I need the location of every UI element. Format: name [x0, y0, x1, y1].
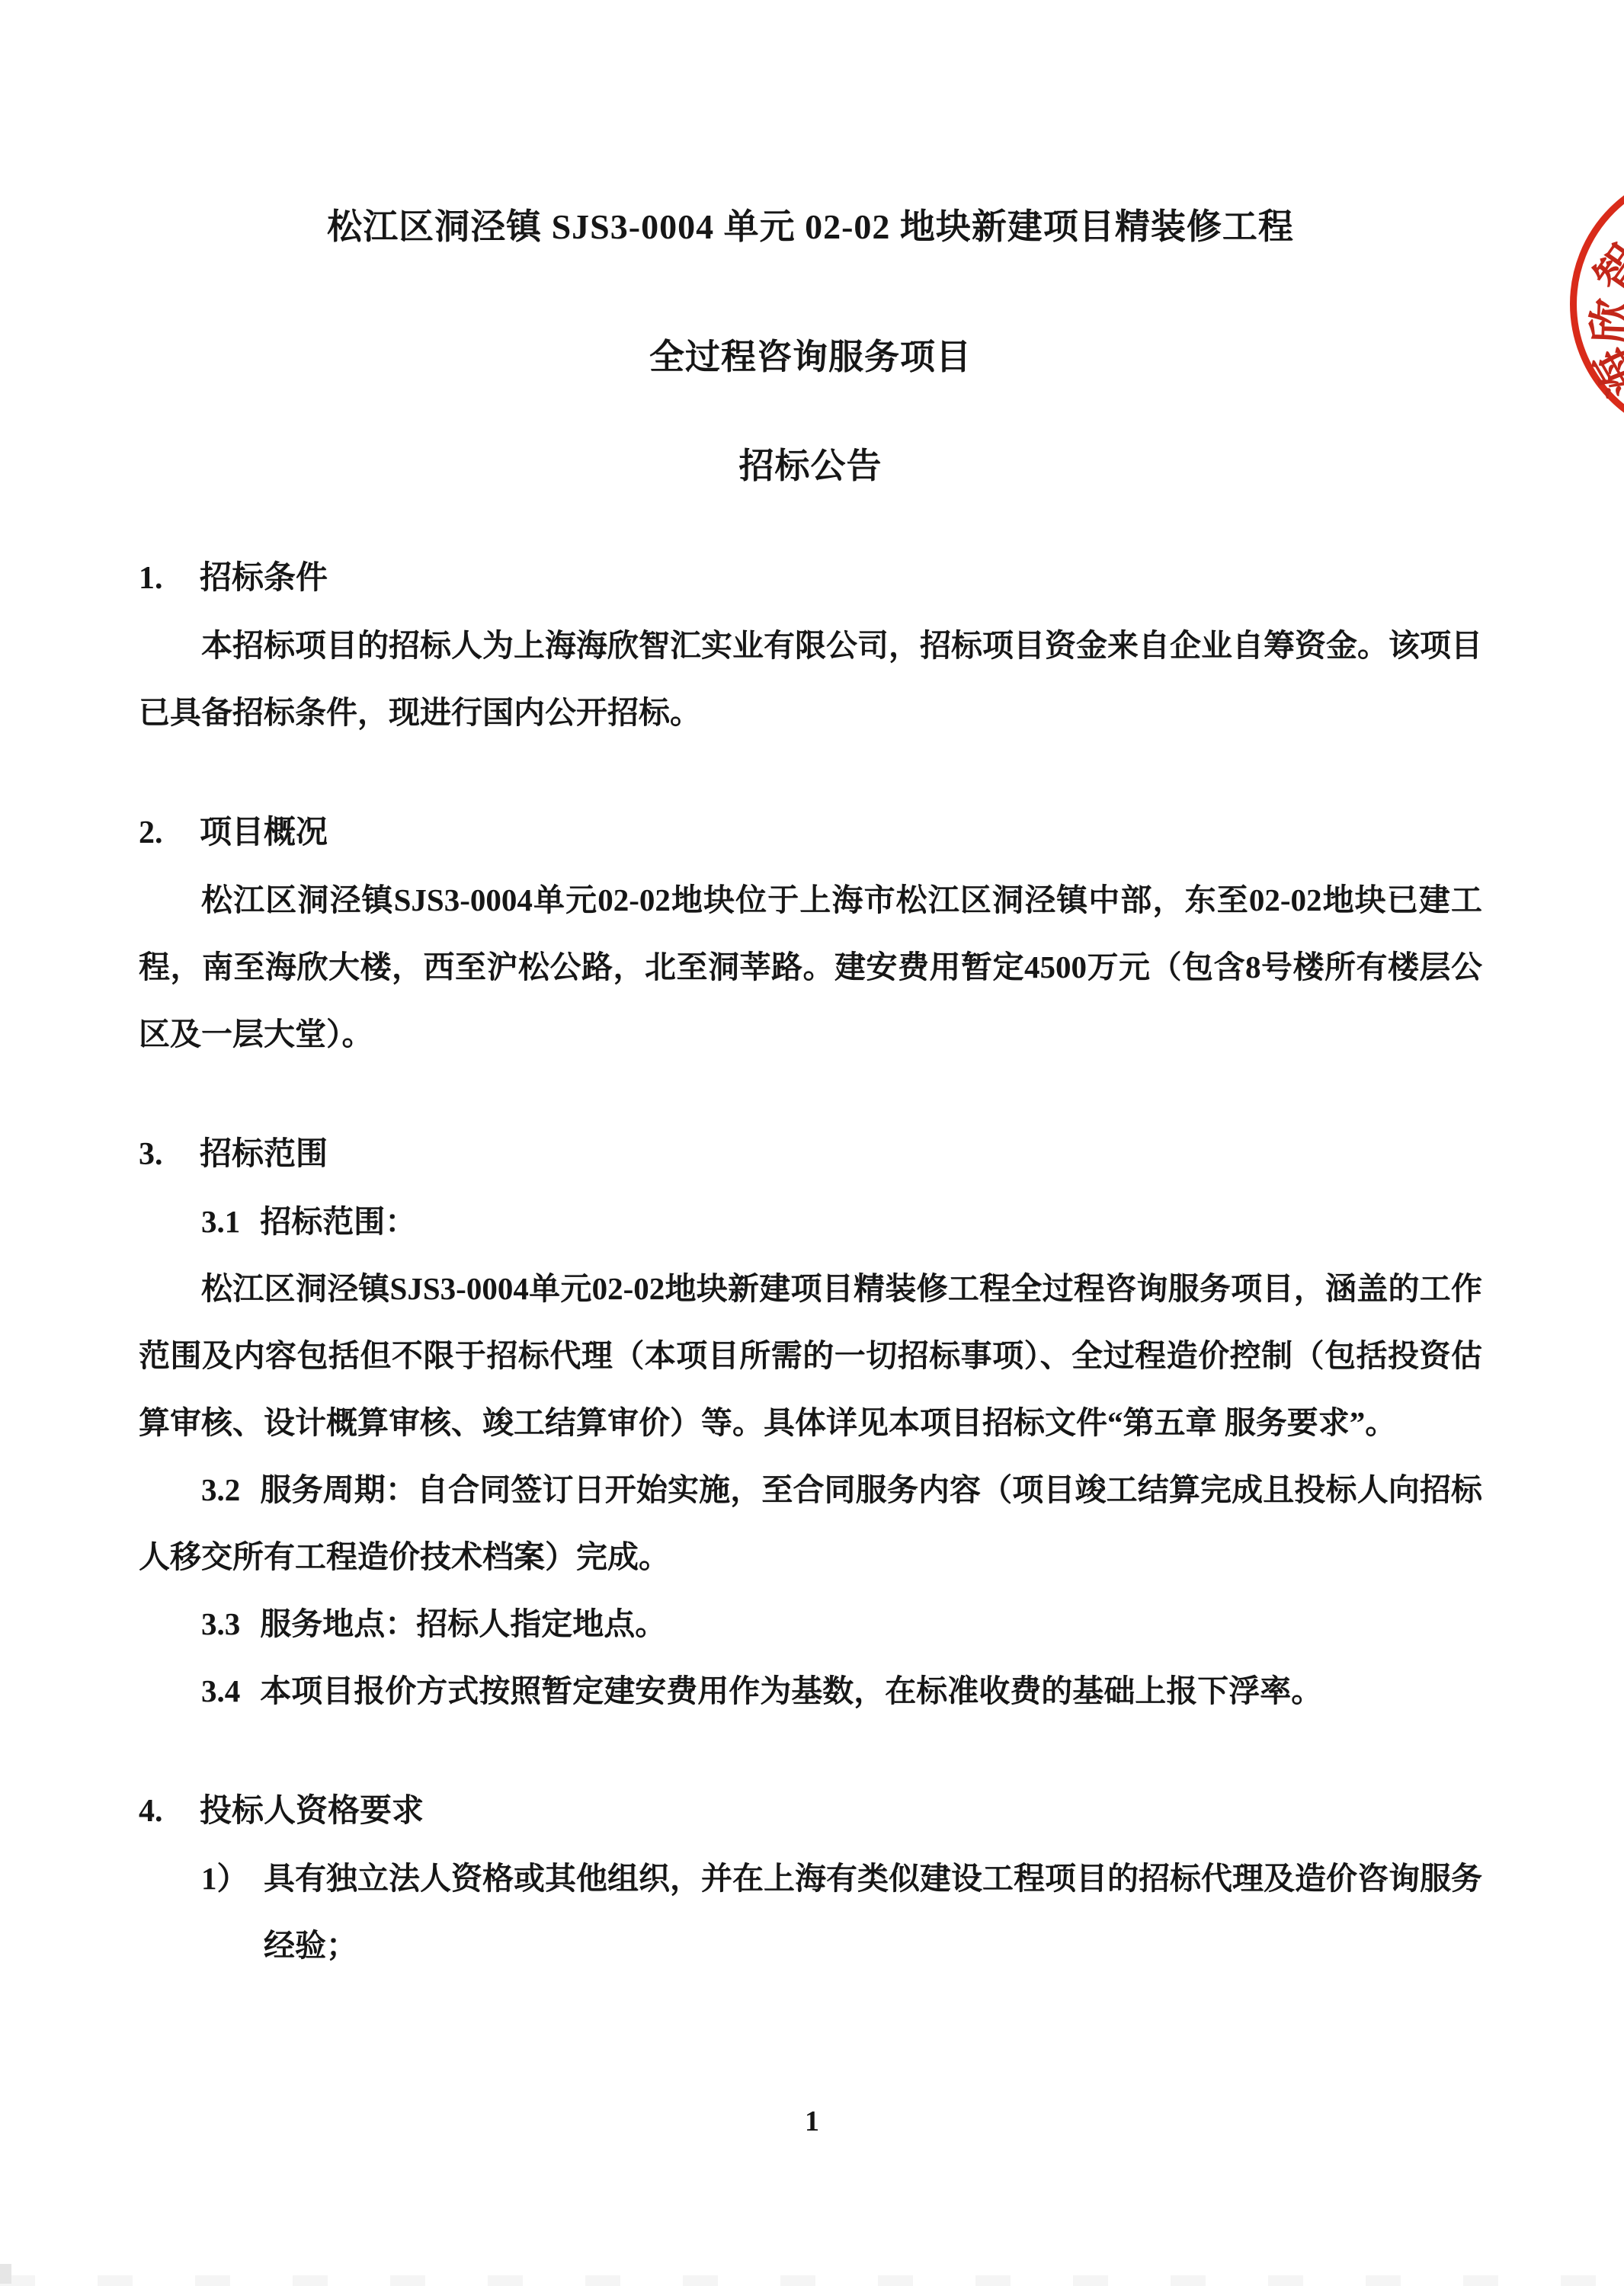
section-heading: 2.项目概况 — [139, 799, 1482, 866]
paragraph: 松江区洞泾镇SJS3-0004单元02-02地块新建项目精装修工程全过程咨询服务… — [139, 1255, 1482, 1456]
section-number: 3. — [139, 1121, 200, 1188]
list-item: 1）具有独立法人资格或其他组织，并在上海有类似建设工程项目的招标代理及造价咨询服… — [139, 1845, 1482, 1979]
scan-artifact-strip — [0, 2275, 1624, 2286]
section-heading: 4.投标人资格要求 — [139, 1778, 1482, 1845]
section-bidding-scope: 3.招标范围 3.1招标范围： 松江区洞泾镇SJS3-0004单元02-02地块… — [139, 1121, 1482, 1724]
seal-character: 智 — [1585, 235, 1624, 303]
document-title-line-2: 全过程咨询服务项目 — [139, 332, 1482, 383]
subsection-3-4: 3.4本项目报价方式按照暂定建安费用作为基数，在标准收费的基础上报下浮率。 — [139, 1657, 1482, 1724]
section-heading-text: 投标人资格要求 — [200, 1794, 424, 1829]
subsection-text: 服务周期：自合同签订日开始实施，至合同服务内容（项目竣工结算完成且投标人向招标人… — [139, 1472, 1482, 1574]
paragraph: 松江区洞泾镇SJS3-0004单元02-02地块位于上海市松江区洞泾镇中部，东至… — [139, 866, 1482, 1068]
subsection-number: 3.4 — [201, 1673, 240, 1708]
section-bidder-qualifications: 4.投标人资格要求 1）具有独立法人资格或其他组织，并在上海有类似建设工程项目的… — [139, 1778, 1482, 1979]
section-heading-text: 项目概况 — [200, 815, 328, 850]
list-item-text: 具有独立法人资格或其他组织，并在上海有类似建设工程项目的招标代理及造价咨询服务经… — [264, 1861, 1482, 1963]
document-title-block: 松江区洞泾镇 SJS3-0004 单元 02-02 地块新建项目精装修工程 全过… — [139, 0, 1482, 491]
subsection-number: 3.3 — [201, 1606, 240, 1641]
section-project-overview: 2.项目概况 松江区洞泾镇SJS3-0004单元02-02地块位于上海市松江区洞… — [139, 799, 1482, 1068]
list-item-marker: 1） — [201, 1845, 264, 1912]
paragraph: 本招标项目的招标人为上海海欣智汇实业有限公司，招标项目资金来自企业自筹资金。该项… — [139, 612, 1482, 746]
section-heading-text: 招标条件 — [200, 561, 328, 596]
section-number: 1. — [139, 545, 200, 612]
document-body: 1.招标条件 本招标项目的招标人为上海海欣智汇实业有限公司，招标项目资金来自企业… — [139, 545, 1482, 1979]
subsection-text: 服务地点：招标人指定地点。 — [260, 1606, 666, 1641]
subsection-3-3: 3.3服务地点：招标人指定地点。 — [139, 1590, 1482, 1657]
seal-character: 欣 — [1587, 296, 1624, 346]
scan-artifact-corner — [0, 2264, 11, 2284]
subsection-3-2: 3.2服务周期：自合同签订日开始实施，至合同服务内容（项目竣工结算完成且投标人向… — [139, 1456, 1482, 1590]
subsection-text: 本项目报价方式按照暂定建安费用作为基数，在标准收费的基础上报下浮率。 — [260, 1673, 1322, 1708]
section-heading: 1.招标条件 — [139, 545, 1482, 612]
page-number: 1 — [0, 2105, 1624, 2138]
section-heading: 3.招标范围 — [139, 1121, 1482, 1188]
subsection-3-1: 3.1招标范围： — [139, 1188, 1482, 1255]
section-bidding-conditions: 1.招标条件 本招标项目的招标人为上海海欣智汇实业有限公司，招标项目资金来自企业… — [139, 545, 1482, 746]
section-number: 2. — [139, 799, 200, 866]
subsection-number: 3.2 — [201, 1472, 240, 1507]
subsection-number: 3.1 — [201, 1204, 240, 1239]
section-number: 4. — [139, 1778, 200, 1845]
section-heading-text: 招标范围 — [200, 1137, 328, 1172]
document-content: 松江区洞泾镇 SJS3-0004 单元 02-02 地块新建项目精装修工程 全过… — [0, 0, 1624, 1979]
document-title-line-1: 松江区洞泾镇 SJS3-0004 单元 02-02 地块新建项目精装修工程 — [139, 202, 1482, 252]
document-page: 松江区洞泾镇 SJS3-0004 单元 02-02 地块新建项目精装修工程 全过… — [0, 0, 1624, 2286]
document-title-line-3: 招标公告 — [139, 441, 1482, 491]
subsection-text: 招标范围： — [260, 1204, 416, 1239]
